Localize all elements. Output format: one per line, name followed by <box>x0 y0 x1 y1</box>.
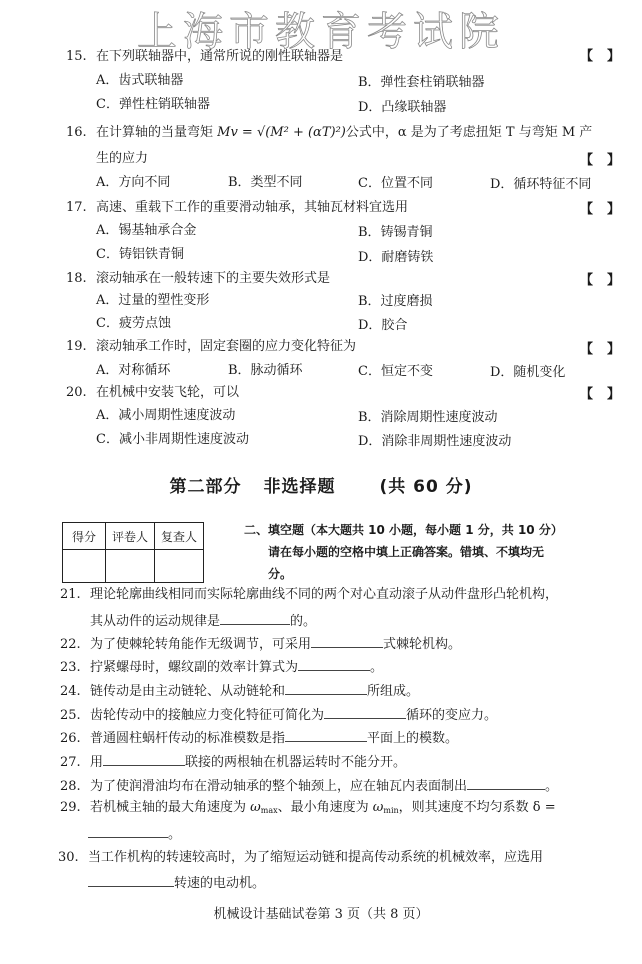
question-number: 25. <box>60 707 90 725</box>
question-text: 转速的电动机。 <box>174 876 265 891</box>
option-d: D．循环特征不同 <box>490 176 591 194</box>
question-text: 所组成。 <box>367 684 419 699</box>
question-text: 在下列联轴器中，通常所说的刚性联轴器是 <box>96 49 343 64</box>
question-text: 联接的两根轴在机器运转时不能分开。 <box>185 755 406 770</box>
option-a: A．方向不同 <box>96 174 170 192</box>
answer-blank-29[interactable] <box>88 823 168 838</box>
page-footer: 机械设计基础试卷第 3 页（共 8 页） <box>0 903 642 922</box>
grader-header: 评卷人 <box>106 523 155 550</box>
question-28: 28.为了使润滑油均布在滑动轴承的整个轴颈上，应在轴瓦内表面制出。 <box>60 775 558 796</box>
question-text: 理论轮廓曲线相同而实际轮廓曲线不同的两个对心直动滚子从动件盘形凸轮机构， <box>90 587 558 602</box>
fill-section-instruction-cont: 分。 <box>268 564 292 584</box>
question-30: 30.当工作机构的转速较高时，为了缩短运动链和提高传动系统的机械效率，应选用 <box>58 849 543 867</box>
answer-bracket-16[interactable]: 【】 <box>580 152 620 170</box>
option-a: A．齿式联轴器 <box>96 72 183 90</box>
question-text-cont: 公式中，α 是为了考虑扭矩 T 与弯矩 M 产 <box>346 125 592 140</box>
question-text: 滚动轴承工作时，固定套圈的应力变化特征为 <box>96 339 356 354</box>
question-29-line2: 。 <box>88 823 181 844</box>
option-a: A．减小周期性速度波动 <box>96 407 235 425</box>
answer-bracket-17[interactable]: 【】 <box>580 201 620 219</box>
option-b: B．类型不同 <box>228 174 303 192</box>
option-b: B．弹性套柱销联轴器 <box>358 74 485 92</box>
question-20: 20.在机械中安装飞轮，可以 <box>66 384 239 402</box>
reviewer-cell[interactable] <box>155 550 204 583</box>
question-number: 15. <box>66 48 96 66</box>
option-d: D．耐磨铸铁 <box>358 249 433 267</box>
question-17: 17.高速、重载下工作的重要滑动轴承，其轴瓦材料宜选用 <box>66 199 408 217</box>
answer-blank-24[interactable] <box>285 680 367 695</box>
question-number: 28. <box>60 778 90 796</box>
question-number: 19. <box>66 338 96 356</box>
reviewer-header: 复查人 <box>155 523 204 550</box>
question-text: 在计算轴的当量弯矩 <box>96 125 217 140</box>
question-text: 平面上的模数。 <box>367 731 458 746</box>
answer-bracket-18[interactable]: 【】 <box>580 272 620 290</box>
option-d: D．随机变化 <box>490 364 565 382</box>
fill-section-instruction: 请在每小题的空格中填上正确答案。错填、不填均无 <box>268 542 544 562</box>
option-d: D．消除非周期性速度波动 <box>358 433 511 451</box>
question-number: 18. <box>66 270 96 288</box>
score-header: 得分 <box>63 523 106 550</box>
option-d: D．胶合 <box>358 317 407 335</box>
question-18: 18.滚动轴承在一般转速下的主要失效形式是 <box>66 270 330 288</box>
question-number: 24. <box>60 683 90 701</box>
answer-bracket-19[interactable]: 【】 <box>580 341 620 359</box>
question-number: 22. <box>60 636 90 654</box>
omega-symbol: ω <box>373 800 384 815</box>
question-text: 、最小角速度为 <box>278 800 373 815</box>
option-b: B．过度磨损 <box>358 293 433 311</box>
question-23: 23.拧紧螺母时，螺纹副的效率计算式为。 <box>60 656 383 677</box>
question-text: 普通圆柱蜗杆传动的标准模数是指 <box>90 731 285 746</box>
question-text: 齿轮传动中的接触应力变化特征可简化为 <box>90 708 324 723</box>
question-27: 27.用联接的两根轴在机器运转时不能分开。 <box>60 751 406 772</box>
question-text: 滚动轴承在一般转速下的主要失效形式是 <box>96 271 330 286</box>
option-a: A．过量的塑性变形 <box>96 292 209 310</box>
question-number: 29. <box>60 799 90 817</box>
equivalent-moment-formula: Mv = √(M² + (αT)²) <box>217 125 346 140</box>
section-name: 非选择题 <box>263 477 335 497</box>
question-number: 20. <box>66 384 96 402</box>
question-29: 29.若机械主轴的最大角速度为 ωmax、最小角速度为 ωmin，则其速度不均匀… <box>60 799 556 820</box>
option-c: C．铸铝铁青铜 <box>96 246 184 264</box>
question-26: 26.普通圆柱蜗杆传动的标准模数是指平面上的模数。 <box>60 727 458 748</box>
question-number: 16. <box>66 124 96 142</box>
max-subscript: max <box>261 806 278 815</box>
question-22: 22.为了使棘轮转角能作无级调节，可采用式棘轮机构。 <box>60 633 461 654</box>
option-c: C．位置不同 <box>358 175 433 193</box>
question-number: 27. <box>60 754 90 772</box>
score-table: 得分 评卷人 复查人 <box>62 522 204 583</box>
answer-blank-22[interactable] <box>311 633 383 648</box>
question-19: 19.滚动轴承工作时，固定套圈的应力变化特征为 <box>66 338 356 356</box>
score-cell[interactable] <box>63 550 106 583</box>
answer-blank-28[interactable] <box>467 775 545 790</box>
fill-section-title: 二、填空题（本大题共 10 小题，每小题 1 分，共 10 分） <box>244 520 563 540</box>
question-text: ，则其速度不均匀系数 δ = <box>399 800 556 815</box>
question-text: 若机械主轴的最大角速度为 <box>90 800 250 815</box>
question-number: 26. <box>60 730 90 748</box>
question-text: 当工作机构的转速较高时，为了缩短运动链和提高传动系统的机械效率，应选用 <box>88 850 543 865</box>
question-text: 用 <box>90 755 103 770</box>
question-number: 30. <box>58 849 88 867</box>
question-text: 的。 <box>290 614 316 629</box>
question-24: 24.链传动是由主动链轮、从动链轮和所组成。 <box>60 680 419 701</box>
question-25: 25.齿轮传动中的接触应力变化特征可简化为循环的变应力。 <box>60 704 497 725</box>
option-c: C．恒定不变 <box>358 363 433 381</box>
question-text: 式棘轮机构。 <box>383 637 461 652</box>
option-c: C．疲劳点蚀 <box>96 315 171 333</box>
question-number: 21. <box>60 586 90 604</box>
option-c: C．减小非周期性速度波动 <box>96 431 249 449</box>
question-30-line2: 转速的电动机。 <box>88 872 265 893</box>
section-points: (共 60 分) <box>379 477 472 497</box>
option-a: A．对称循环 <box>96 362 170 380</box>
answer-blank-27[interactable] <box>103 751 185 766</box>
question-number: 17. <box>66 199 96 217</box>
answer-blank-21[interactable] <box>220 610 290 625</box>
question-21: 21.理论轮廓曲线相同而实际轮廓曲线不同的两个对心直动滚子从动件盘形凸轮机构， <box>60 586 558 604</box>
question-text: 。 <box>370 660 383 675</box>
answer-bracket-20[interactable]: 【】 <box>580 386 620 404</box>
omega-symbol: ω <box>250 800 261 815</box>
question-text: 循环的变应力。 <box>406 708 497 723</box>
question-text: 拧紧螺母时，螺纹副的效率计算式为 <box>90 660 298 675</box>
question-number: 23. <box>60 659 90 677</box>
option-d: D．凸缘联轴器 <box>358 99 446 117</box>
answer-blank-23[interactable] <box>298 656 370 671</box>
question-text: 链传动是由主动链轮、从动链轮和 <box>90 684 285 699</box>
option-b: B．脉动循环 <box>228 362 303 380</box>
answer-bracket-15[interactable]: 【】 <box>580 48 620 66</box>
option-c: C．弹性柱销联轴器 <box>96 96 210 114</box>
grader-cell[interactable] <box>106 550 155 583</box>
answer-blank-26[interactable] <box>285 727 367 742</box>
question-21-line2: 其从动件的运动规律是的。 <box>90 610 316 631</box>
question-16-line2: 生的应力 <box>96 150 148 168</box>
option-b: B．消除周期性速度波动 <box>358 409 498 427</box>
section-part: 第二部分 <box>169 477 241 497</box>
question-text: 。 <box>168 827 181 842</box>
question-15: 15.在下列联轴器中，通常所说的刚性联轴器是 <box>66 48 343 66</box>
question-text: 为了使棘轮转角能作无级调节，可采用 <box>90 637 311 652</box>
option-a: A．锡基轴承合金 <box>96 222 196 240</box>
section-title: 第二部分非选择题(共 60 分) <box>0 472 642 497</box>
question-text: 高速、重载下工作的重要滑动轴承，其轴瓦材料宜选用 <box>96 200 408 215</box>
question-text: 其从动件的运动规律是 <box>90 614 220 629</box>
answer-blank-30[interactable] <box>88 872 174 887</box>
question-text: 。 <box>545 779 558 794</box>
question-16: 16.在计算轴的当量弯矩 Mv = √(M² + (αT)²)公式中，α 是为了… <box>66 124 592 142</box>
question-text: 为了使润滑油均布在滑动轴承的整个轴颈上，应在轴瓦内表面制出 <box>90 779 467 794</box>
option-b: B．铸锡青铜 <box>358 224 433 242</box>
min-subscript: min <box>383 806 398 815</box>
question-text: 在机械中安装飞轮，可以 <box>96 385 239 400</box>
answer-blank-25[interactable] <box>324 704 406 719</box>
